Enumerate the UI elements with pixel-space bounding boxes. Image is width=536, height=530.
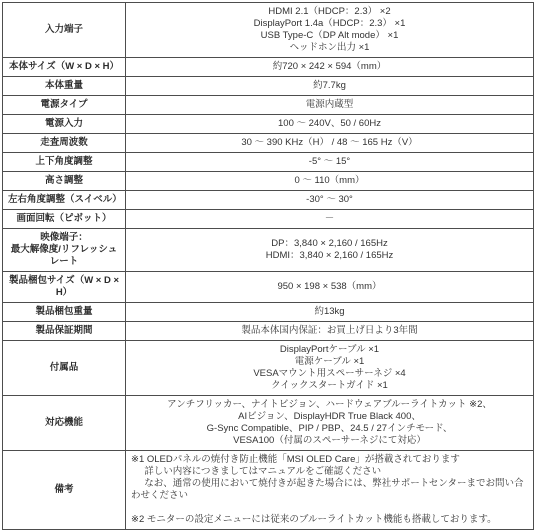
spec-row: 電源入力 100 ～ 240V、50 / 60Hz	[3, 115, 534, 134]
spec-row: 本体重量 約7.7kg	[3, 77, 534, 96]
spec-label-line: 備考	[8, 484, 120, 496]
spec-table: 入力端子 HDMI 2.1（HDCP：2.3） ×2DisplayPort 1.…	[2, 2, 534, 530]
spec-label-line: 製品梱包重量	[8, 306, 120, 318]
spec-label: 電源タイプ	[3, 96, 126, 115]
spec-value: DP：3,840 × 2,160 / 165HzHDMI：3,840 × 2,1…	[126, 229, 534, 272]
spec-label: 備考	[3, 451, 126, 530]
spec-value-line: USB Type-C（DP Alt mode） ×1	[131, 30, 528, 42]
spec-label: 画面回転（ピボット）	[3, 210, 126, 229]
spec-row: 本体サイズ（W × D × H） 約720 × 242 × 594（mm）	[3, 58, 534, 77]
spec-value: -5° ～ 15°	[126, 153, 534, 172]
spec-row: 高さ調整 0 ～ 110（mm）	[3, 172, 534, 191]
spec-label-line: 付属品	[8, 362, 120, 374]
spec-label: 映像端子：最大解像度/リフレッシュレート	[3, 229, 126, 272]
spec-label-line: 走査周波数	[8, 137, 120, 149]
spec-label: 電源入力	[3, 115, 126, 134]
spec-row: 入力端子 HDMI 2.1（HDCP：2.3） ×2DisplayPort 1.…	[3, 3, 534, 58]
spec-label-line: 上下角度調整	[8, 156, 120, 168]
spec-value-line: 約13kg	[131, 306, 528, 318]
spec-label-line: 入力端子	[8, 24, 120, 36]
spec-label-line: 本体重量	[8, 80, 120, 92]
spec-row: 製品梱包重量 約13kg	[3, 303, 534, 322]
spec-label: 付属品	[3, 341, 126, 396]
spec-value: －	[126, 210, 534, 229]
spec-value-line: G-Sync Compatible、PIP / PBP、24.5 / 27インチ…	[131, 423, 528, 435]
spec-value-line: ※2 モニターの設定メニューには従来のブルーライトカット機能も搭載しております。	[131, 514, 528, 526]
spec-row: 付属品 DisplayPortケーブル ×1電源ケーブル ×1VESAマウント用…	[3, 341, 534, 396]
spec-label: 走査周波数	[3, 134, 126, 153]
spec-label: 製品保証期間	[3, 322, 126, 341]
spec-label-line: 本体サイズ（W × D × H）	[8, 61, 120, 73]
spec-value: 950 × 198 × 538（mm）	[126, 272, 534, 303]
spec-page: 入力端子 HDMI 2.1（HDCP：2.3） ×2DisplayPort 1.…	[0, 0, 536, 495]
spec-label: 左右角度調整（スイベル）	[3, 191, 126, 210]
spec-value: DisplayPortケーブル ×1電源ケーブル ×1VESAマウント用スペーサ…	[126, 341, 534, 396]
spec-value: 約720 × 242 × 594（mm）	[126, 58, 534, 77]
spec-value-line: ※1 OLEDパネルの焼付き防止機能「MSI OLED Care」が搭載されてお…	[131, 454, 528, 466]
spec-value-line: －	[131, 213, 528, 225]
spec-value-line: DP：3,840 × 2,160 / 165Hz	[131, 238, 528, 250]
spec-row: 対応機能 アンチフリッカー、ナイトビジョン、ハードウェアブルーライトカット ※2…	[3, 396, 534, 451]
spec-value-line: 電源ケーブル ×1	[131, 356, 528, 368]
spec-value: 100 ～ 240V、50 / 60Hz	[126, 115, 534, 134]
spec-value-line: 約720 × 242 × 594（mm）	[131, 61, 528, 73]
spec-value-line: HDMI 2.1（HDCP：2.3） ×2	[131, 6, 528, 18]
spec-value-line: 製品本体国内保証：お買上げ日より3年間	[131, 325, 528, 337]
spec-label: 上下角度調整	[3, 153, 126, 172]
spec-value-line: VESA100（付属のスペーサーネジにて対応）	[131, 435, 528, 447]
spec-value-line: 約7.7kg	[131, 80, 528, 92]
spec-value: 製品本体国内保証：お買上げ日より3年間	[126, 322, 534, 341]
spec-value-line: 950 × 198 × 538（mm）	[131, 281, 528, 293]
spec-value: 30 ～ 390 KHz（H） / 48 ～ 165 Hz（V）	[126, 134, 534, 153]
spec-label-line: 高さ調整	[8, 175, 120, 187]
spec-row: 製品梱包サイズ（W × D × H） 950 × 198 × 538（mm）	[3, 272, 534, 303]
spec-value-line: ヘッドホン出力 ×1	[131, 42, 528, 54]
spec-label-line: 製品保証期間	[8, 325, 120, 337]
spec-row: 映像端子：最大解像度/リフレッシュレート DP：3,840 × 2,160 / …	[3, 229, 534, 272]
spec-label-line: 電源タイプ	[8, 99, 120, 111]
spec-value-line: DisplayPortケーブル ×1	[131, 344, 528, 356]
spec-value-line: 0 ～ 110（mm）	[131, 175, 528, 187]
spec-label-line: 最大解像度/リフレッシュレート	[8, 244, 120, 268]
spec-value: -30° ～ 30°	[126, 191, 534, 210]
spec-table-body: 入力端子 HDMI 2.1（HDCP：2.3） ×2DisplayPort 1.…	[3, 3, 534, 530]
spec-value-line: -30° ～ 30°	[131, 194, 528, 206]
spec-label: 対応機能	[3, 396, 126, 451]
spec-label: 高さ調整	[3, 172, 126, 191]
spec-row: 走査周波数 30 ～ 390 KHz（H） / 48 ～ 165 Hz（V）	[3, 134, 534, 153]
spec-label: 本体重量	[3, 77, 126, 96]
spec-label-line: 製品梱包サイズ（W × D × H）	[8, 275, 120, 299]
spec-value-line: VESAマウント用スペーサーネジ ×4	[131, 368, 528, 380]
spec-value-line: なお、通常の使用において焼付きが起きた場合には、弊社サポートセンターまでお問い合…	[131, 478, 528, 502]
spec-value-line: 100 ～ 240V、50 / 60Hz	[131, 118, 528, 130]
spec-label: 入力端子	[3, 3, 126, 58]
spec-row: 電源タイプ 電源内蔵型	[3, 96, 534, 115]
spec-value: ※1 OLEDパネルの焼付き防止機能「MSI OLED Care」が搭載されてお…	[126, 451, 534, 530]
spec-value-line: AIビジョン、DisplayHDR True Black 400、	[131, 411, 528, 423]
spec-row: 上下角度調整 -5° ～ 15°	[3, 153, 534, 172]
spec-row: 製品保証期間 製品本体国内保証：お買上げ日より3年間	[3, 322, 534, 341]
spec-value-line: DisplayPort 1.4a（HDCP：2.3） ×1	[131, 18, 528, 30]
spec-value: 0 ～ 110（mm）	[126, 172, 534, 191]
spec-value-line: 電源内蔵型	[131, 99, 528, 111]
spec-value-line: 詳しい内容につきましてはマニュアルをご確認ください	[131, 466, 528, 478]
spec-row: 画面回転（ピボット） －	[3, 210, 534, 229]
spec-label: 製品梱包重量	[3, 303, 126, 322]
spec-value: HDMI 2.1（HDCP：2.3） ×2DisplayPort 1.4a（HD…	[126, 3, 534, 58]
spec-value-line: クイックスタートガイド ×1	[131, 380, 528, 392]
spec-row: 左右角度調整（スイベル） -30° ～ 30°	[3, 191, 534, 210]
spec-label-line: 電源入力	[8, 118, 120, 130]
spec-value: アンチフリッカー、ナイトビジョン、ハードウェアブルーライトカット ※2、AIビジ…	[126, 396, 534, 451]
spec-label-line: 対応機能	[8, 417, 120, 429]
spec-row: 備考 ※1 OLEDパネルの焼付き防止機能「MSI OLED Care」が搭載さ…	[3, 451, 534, 530]
spec-value-line: アンチフリッカー、ナイトビジョン、ハードウェアブルーライトカット ※2、	[131, 399, 528, 411]
spec-label: 製品梱包サイズ（W × D × H）	[3, 272, 126, 303]
spec-value-line	[131, 502, 528, 514]
spec-label-line: 映像端子：	[8, 232, 120, 244]
spec-value-line: -5° ～ 15°	[131, 156, 528, 168]
spec-value-line: 30 ～ 390 KHz（H） / 48 ～ 165 Hz（V）	[131, 137, 528, 149]
spec-value-line: HDMI：3,840 × 2,160 / 165Hz	[131, 250, 528, 262]
spec-label-line: 左右角度調整（スイベル）	[8, 194, 120, 206]
spec-value: 約13kg	[126, 303, 534, 322]
spec-label-line: 画面回転（ピボット）	[8, 213, 120, 225]
spec-label: 本体サイズ（W × D × H）	[3, 58, 126, 77]
spec-value: 約7.7kg	[126, 77, 534, 96]
spec-value: 電源内蔵型	[126, 96, 534, 115]
